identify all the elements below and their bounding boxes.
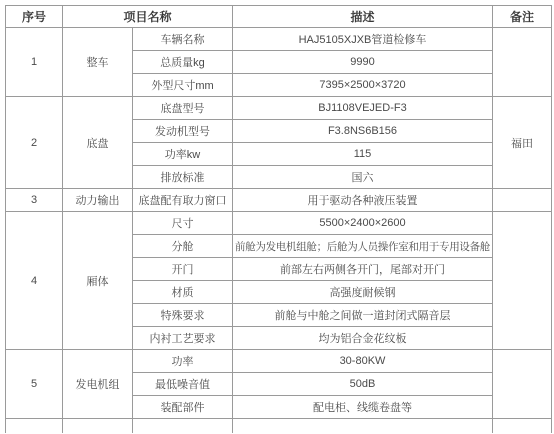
item-label-cell — [133, 419, 233, 434]
table-row: 3 动力输出 底盘配有取力窗口 用于驱动各种液压装置 — [6, 189, 552, 212]
row-number-cell: 5 — [6, 350, 63, 419]
description-cell: 前舱为发电机组舱；后舱为人员操作室和用于专用设备舱 — [233, 235, 493, 258]
item-label-cell: 功率 — [133, 350, 233, 373]
table-row: 4 厢体 尺寸 5500×2400×2600 — [6, 212, 552, 235]
header-item-name: 项目名称 — [63, 6, 233, 28]
row-number-cell — [6, 419, 63, 434]
table-row: 2 底盘 底盘型号 BJ1108VEJED-F3 福田 — [6, 97, 552, 120]
description-cell: 国六 — [233, 166, 493, 189]
item-label-cell: 底盘配有取力窗口 — [133, 189, 233, 212]
remark-cell — [493, 350, 552, 419]
row-number-cell: 1 — [6, 28, 63, 97]
item-label-cell: 总质量kg — [133, 51, 233, 74]
description-cell: HAJ5105XJXB管道检修车 — [233, 28, 493, 51]
description-cell: 30-80KW — [233, 350, 493, 373]
description-cell: 前舱与中舱之间做一道封闭式隔音层 — [233, 304, 493, 327]
item-label-cell: 外型尺寸mm — [133, 74, 233, 97]
description-cell — [233, 419, 493, 434]
table-row: 5 发电机组 功率 30-80KW — [6, 350, 552, 373]
remark-cell: 福田 — [493, 97, 552, 189]
description-cell: 50dB — [233, 373, 493, 396]
remark-cell — [493, 419, 552, 434]
header-remark: 备注 — [493, 6, 552, 28]
row-number-cell: 4 — [6, 212, 63, 350]
item-label-cell: 底盘型号 — [133, 97, 233, 120]
description-cell: 115 — [233, 143, 493, 166]
group-name-cell: 动力输出 — [63, 189, 133, 212]
description-cell: 用于驱动各种液压装置 — [233, 189, 493, 212]
description-cell: 9990 — [233, 51, 493, 74]
description-cell: 前部左右两侧各开门，尾部对开门 — [233, 258, 493, 281]
spec-table: 序号 项目名称 描述 备注 1 整车 车辆名称 HAJ5105XJXB管道检修车… — [5, 5, 552, 433]
row-number-cell: 3 — [6, 189, 63, 212]
group-name-cell: 发电机组 — [63, 350, 133, 419]
group-name-cell: 整车 — [63, 28, 133, 97]
description-cell: 配电柜、线缆卷盘等 — [233, 396, 493, 419]
table-row: 1 整车 车辆名称 HAJ5105XJXB管道检修车 — [6, 28, 552, 51]
remark-cell — [493, 212, 552, 350]
header-description: 描述 — [233, 6, 493, 28]
row-number-cell: 2 — [6, 97, 63, 189]
remark-cell — [493, 28, 552, 97]
item-label-cell: 车辆名称 — [133, 28, 233, 51]
description-cell: 7395×2500×3720 — [233, 74, 493, 97]
item-label-cell: 尺寸 — [133, 212, 233, 235]
group-name-cell — [63, 419, 133, 434]
description-cell: 均为铝合金花纹板 — [233, 327, 493, 350]
item-label-cell: 特殊要求 — [133, 304, 233, 327]
item-label-cell: 最低噪音值 — [133, 373, 233, 396]
group-name-cell: 底盘 — [63, 97, 133, 189]
header-row: 序号 项目名称 描述 备注 — [6, 6, 552, 28]
table-row-partial — [6, 419, 552, 434]
item-label-cell: 排放标准 — [133, 166, 233, 189]
item-label-cell: 发动机型号 — [133, 120, 233, 143]
group-name-cell: 厢体 — [63, 212, 133, 350]
description-cell: F3.8NS6B156 — [233, 120, 493, 143]
description-cell: 5500×2400×2600 — [233, 212, 493, 235]
item-label-cell: 分舱 — [133, 235, 233, 258]
description-cell: 高强度耐候钢 — [233, 281, 493, 304]
description-cell: BJ1108VEJED-F3 — [233, 97, 493, 120]
item-label-cell: 材质 — [133, 281, 233, 304]
item-label-cell: 开门 — [133, 258, 233, 281]
item-label-cell: 内衬工艺要求 — [133, 327, 233, 350]
item-label-cell: 功率kw — [133, 143, 233, 166]
item-label-cell: 装配部件 — [133, 396, 233, 419]
header-serial: 序号 — [6, 6, 63, 28]
remark-cell — [493, 189, 552, 212]
